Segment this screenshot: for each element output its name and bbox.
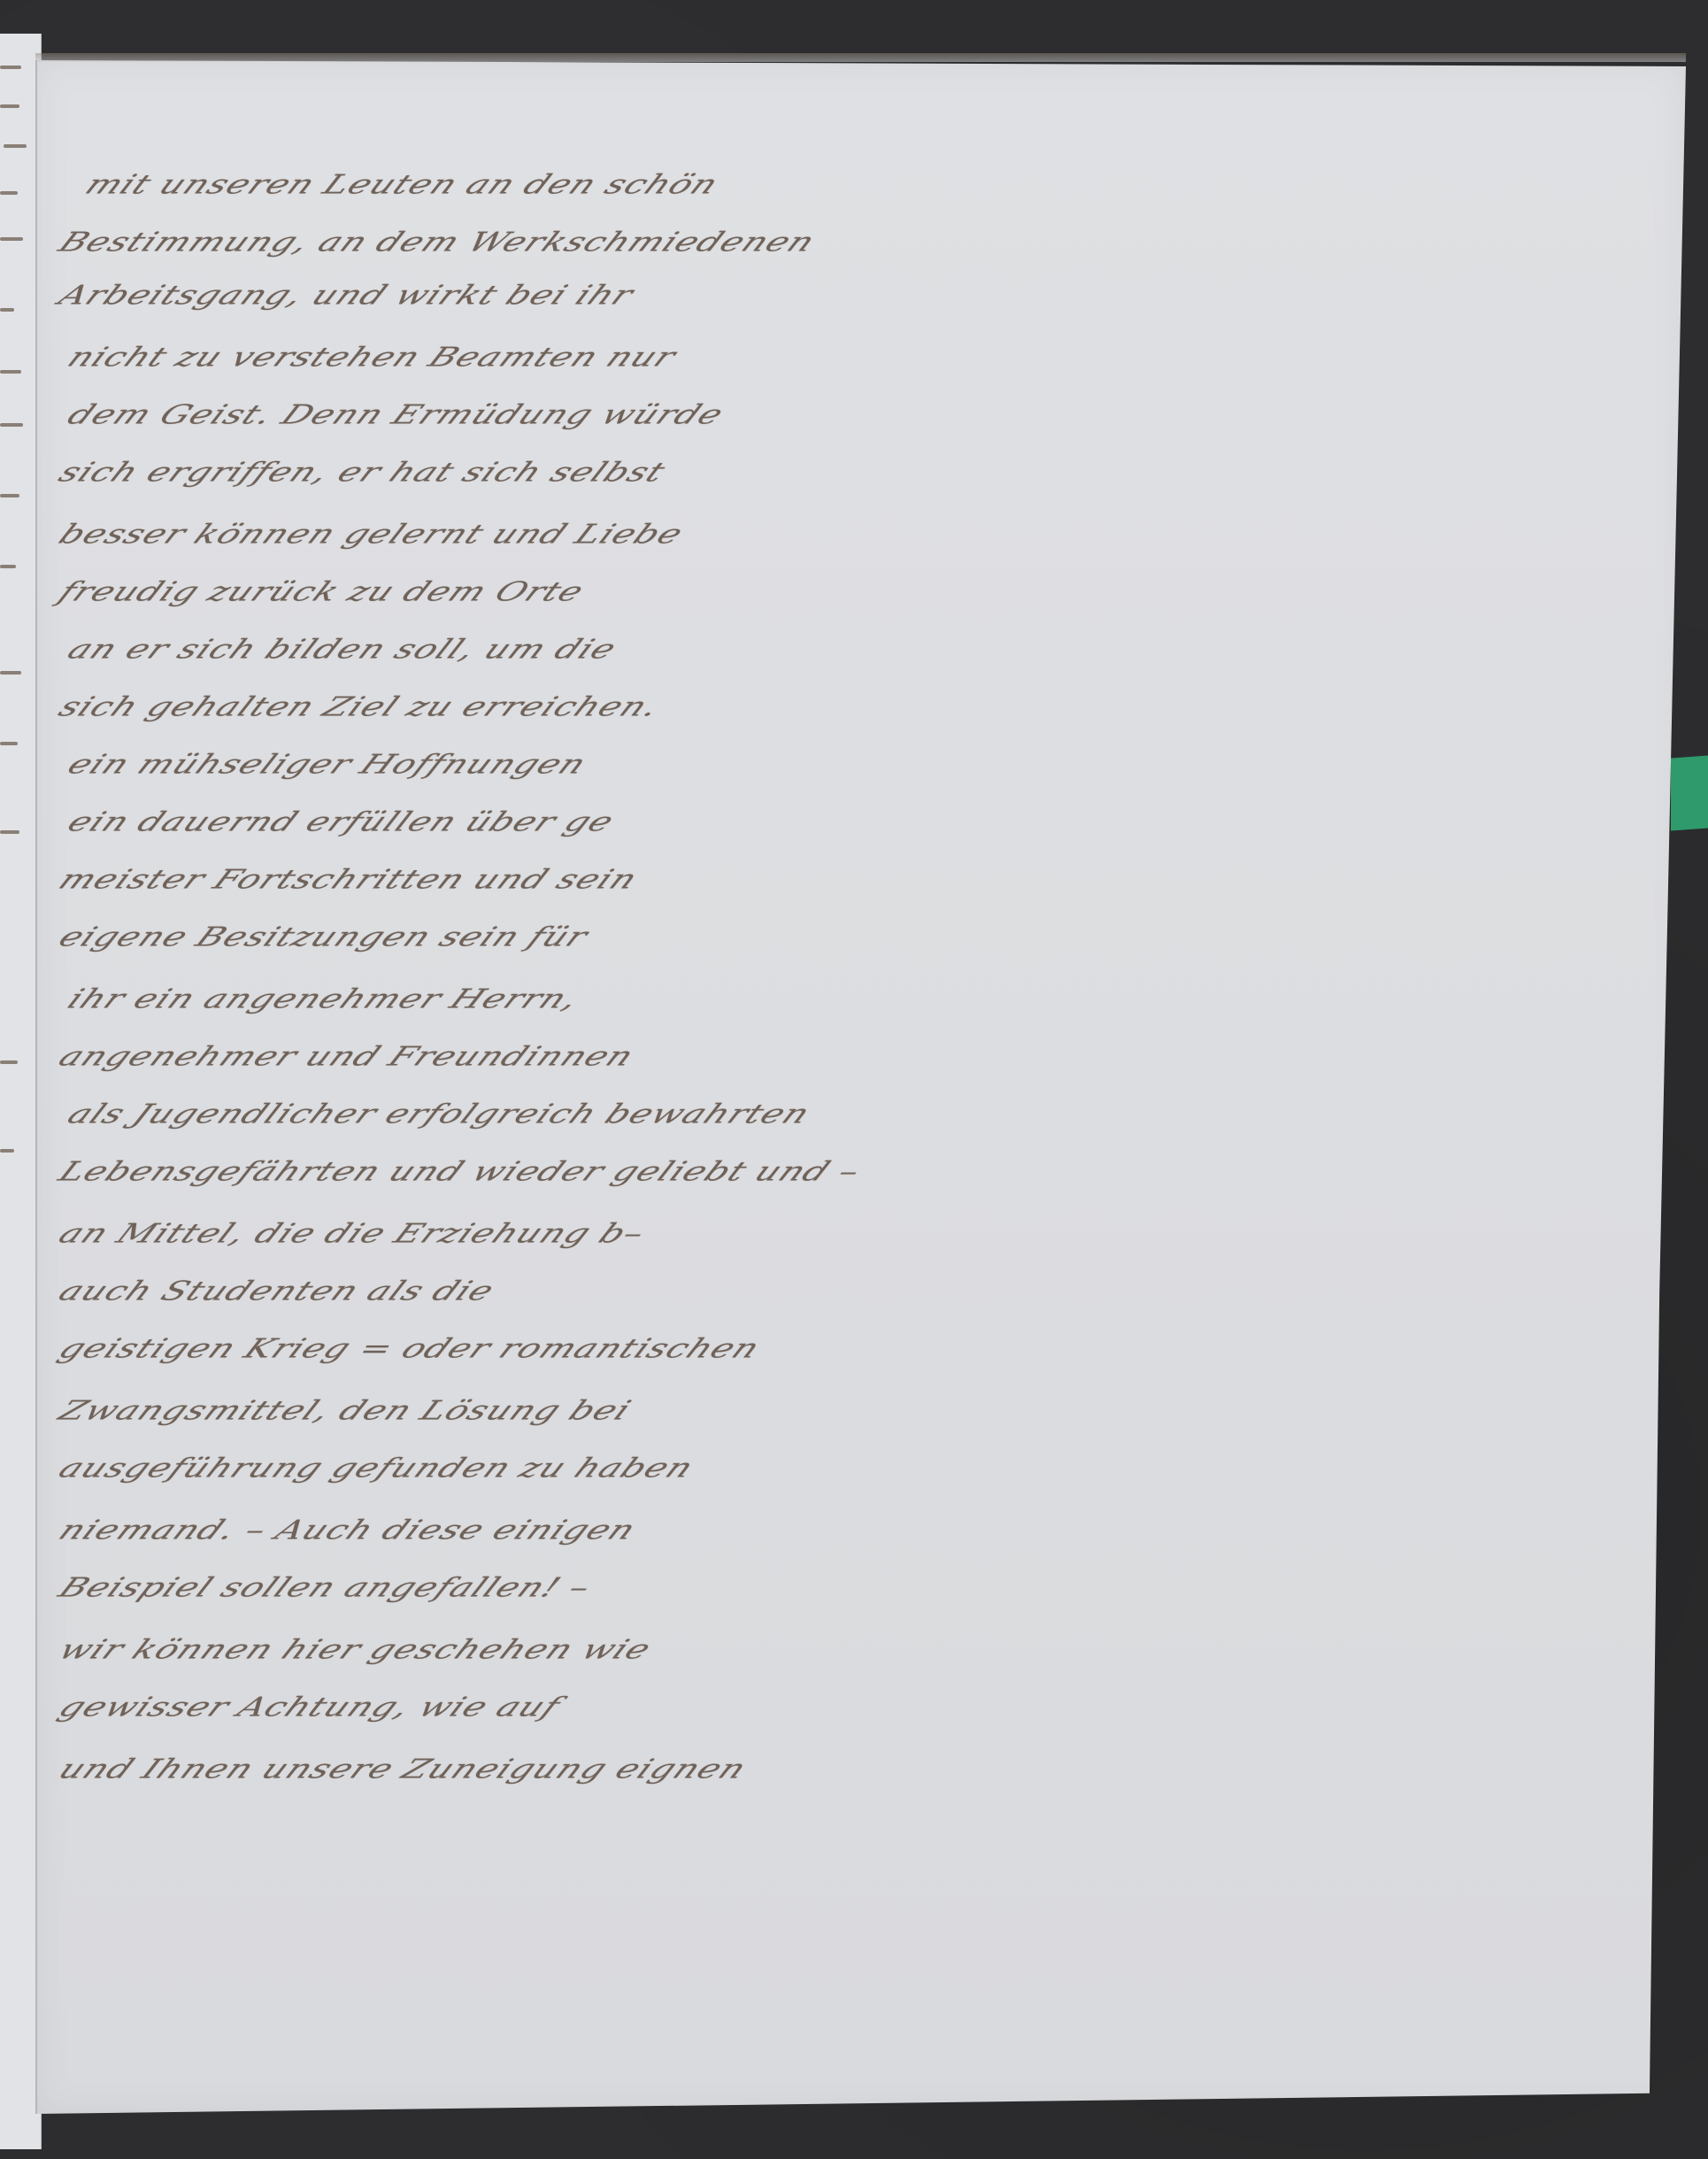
handwritten-line: eigene Besitzungen sein für bbox=[53, 922, 594, 953]
handwritten-line: ihr ein angenehmer Herrn, bbox=[62, 984, 585, 1015]
handwritten-line: sich gehalten Ziel zu erreichen. bbox=[53, 692, 666, 723]
page-fold-line bbox=[35, 60, 37, 2114]
left-page-ink-fragment bbox=[0, 1060, 18, 1064]
left-page-ink-fragment bbox=[4, 144, 27, 148]
handwritten-line: gewisser Achtung, wie auf bbox=[53, 1693, 566, 1723]
handwritten-line: Arbeitsgang, und wirkt bei ihr bbox=[53, 281, 640, 312]
left-page-ink-fragment bbox=[0, 104, 19, 108]
handwritten-line: als Jugendlicher erfolgreich bewahrten bbox=[62, 1099, 816, 1130]
handwritten-line: freudig zurück zu dem Orte bbox=[53, 577, 590, 608]
left-page-ink-fragment bbox=[0, 423, 23, 427]
handwritten-line: Zwangsmittel, den Lösung bei bbox=[53, 1396, 637, 1427]
left-page-ink-fragment bbox=[0, 191, 18, 195]
left-page-ink-fragment bbox=[0, 66, 21, 69]
handwritten-line: ausgeführung gefunden zu haben bbox=[53, 1453, 700, 1484]
handwritten-line: niemand. – Auch diese einigen bbox=[53, 1515, 642, 1546]
left-page-ink-fragment bbox=[0, 494, 19, 497]
handwritten-line: ein dauernd erfüllen über ge bbox=[62, 807, 620, 838]
left-page-ink-fragment bbox=[0, 742, 18, 745]
handwritten-line: Beispiel sollen angefallen! – bbox=[53, 1573, 597, 1604]
handwritten-line: Bestimmung, an dem Werkschmiedenen bbox=[53, 227, 821, 258]
handwritten-line: angenehmer und Freundinnen bbox=[53, 1042, 640, 1073]
handwritten-line: meister Fortschritten und sein bbox=[53, 865, 643, 896]
left-page-ink-fragment bbox=[0, 308, 14, 312]
left-page-ink-fragment bbox=[0, 1149, 14, 1153]
handwritten-line: mit unseren Leuten an den schön bbox=[80, 170, 725, 201]
handwritten-line: Lebensgefährten und wieder geliebt und – bbox=[53, 1157, 867, 1188]
handwritten-line: an er sich bilden soll, um die bbox=[62, 635, 622, 666]
handwritten-line: nicht zu verstehen Beamten nur bbox=[62, 343, 682, 374]
handwritten-line: wir können hier geschehen wie bbox=[53, 1635, 658, 1666]
handwritten-line: auch Studenten als die bbox=[53, 1276, 500, 1307]
handwritten-line: und Ihnen unsere Zuneigung eignen bbox=[53, 1754, 752, 1785]
left-page-ink-fragment bbox=[0, 671, 21, 675]
handwritten-line: geistigen Krieg = oder romantischen bbox=[53, 1334, 766, 1365]
page-top-edge bbox=[35, 53, 1686, 62]
handwritten-line: dem Geist. Denn Ermüdung würde bbox=[62, 400, 730, 431]
handwritten-line: an Mittel, die die Erziehung b– bbox=[53, 1219, 651, 1250]
green-bookmark-tab bbox=[1671, 756, 1708, 831]
handwritten-line: besser können gelernt und Liebe bbox=[53, 520, 689, 551]
left-page-ink-fragment bbox=[0, 237, 23, 241]
handwritten-line: sich ergriffen, er hat sich selbst bbox=[53, 458, 672, 489]
handwritten-line: ein mühseliger Hoffnungen bbox=[62, 750, 593, 781]
left-page-ink-fragment bbox=[0, 565, 16, 568]
left-page-ink-fragment bbox=[0, 830, 19, 834]
left-page-ink-fragment bbox=[0, 370, 21, 374]
